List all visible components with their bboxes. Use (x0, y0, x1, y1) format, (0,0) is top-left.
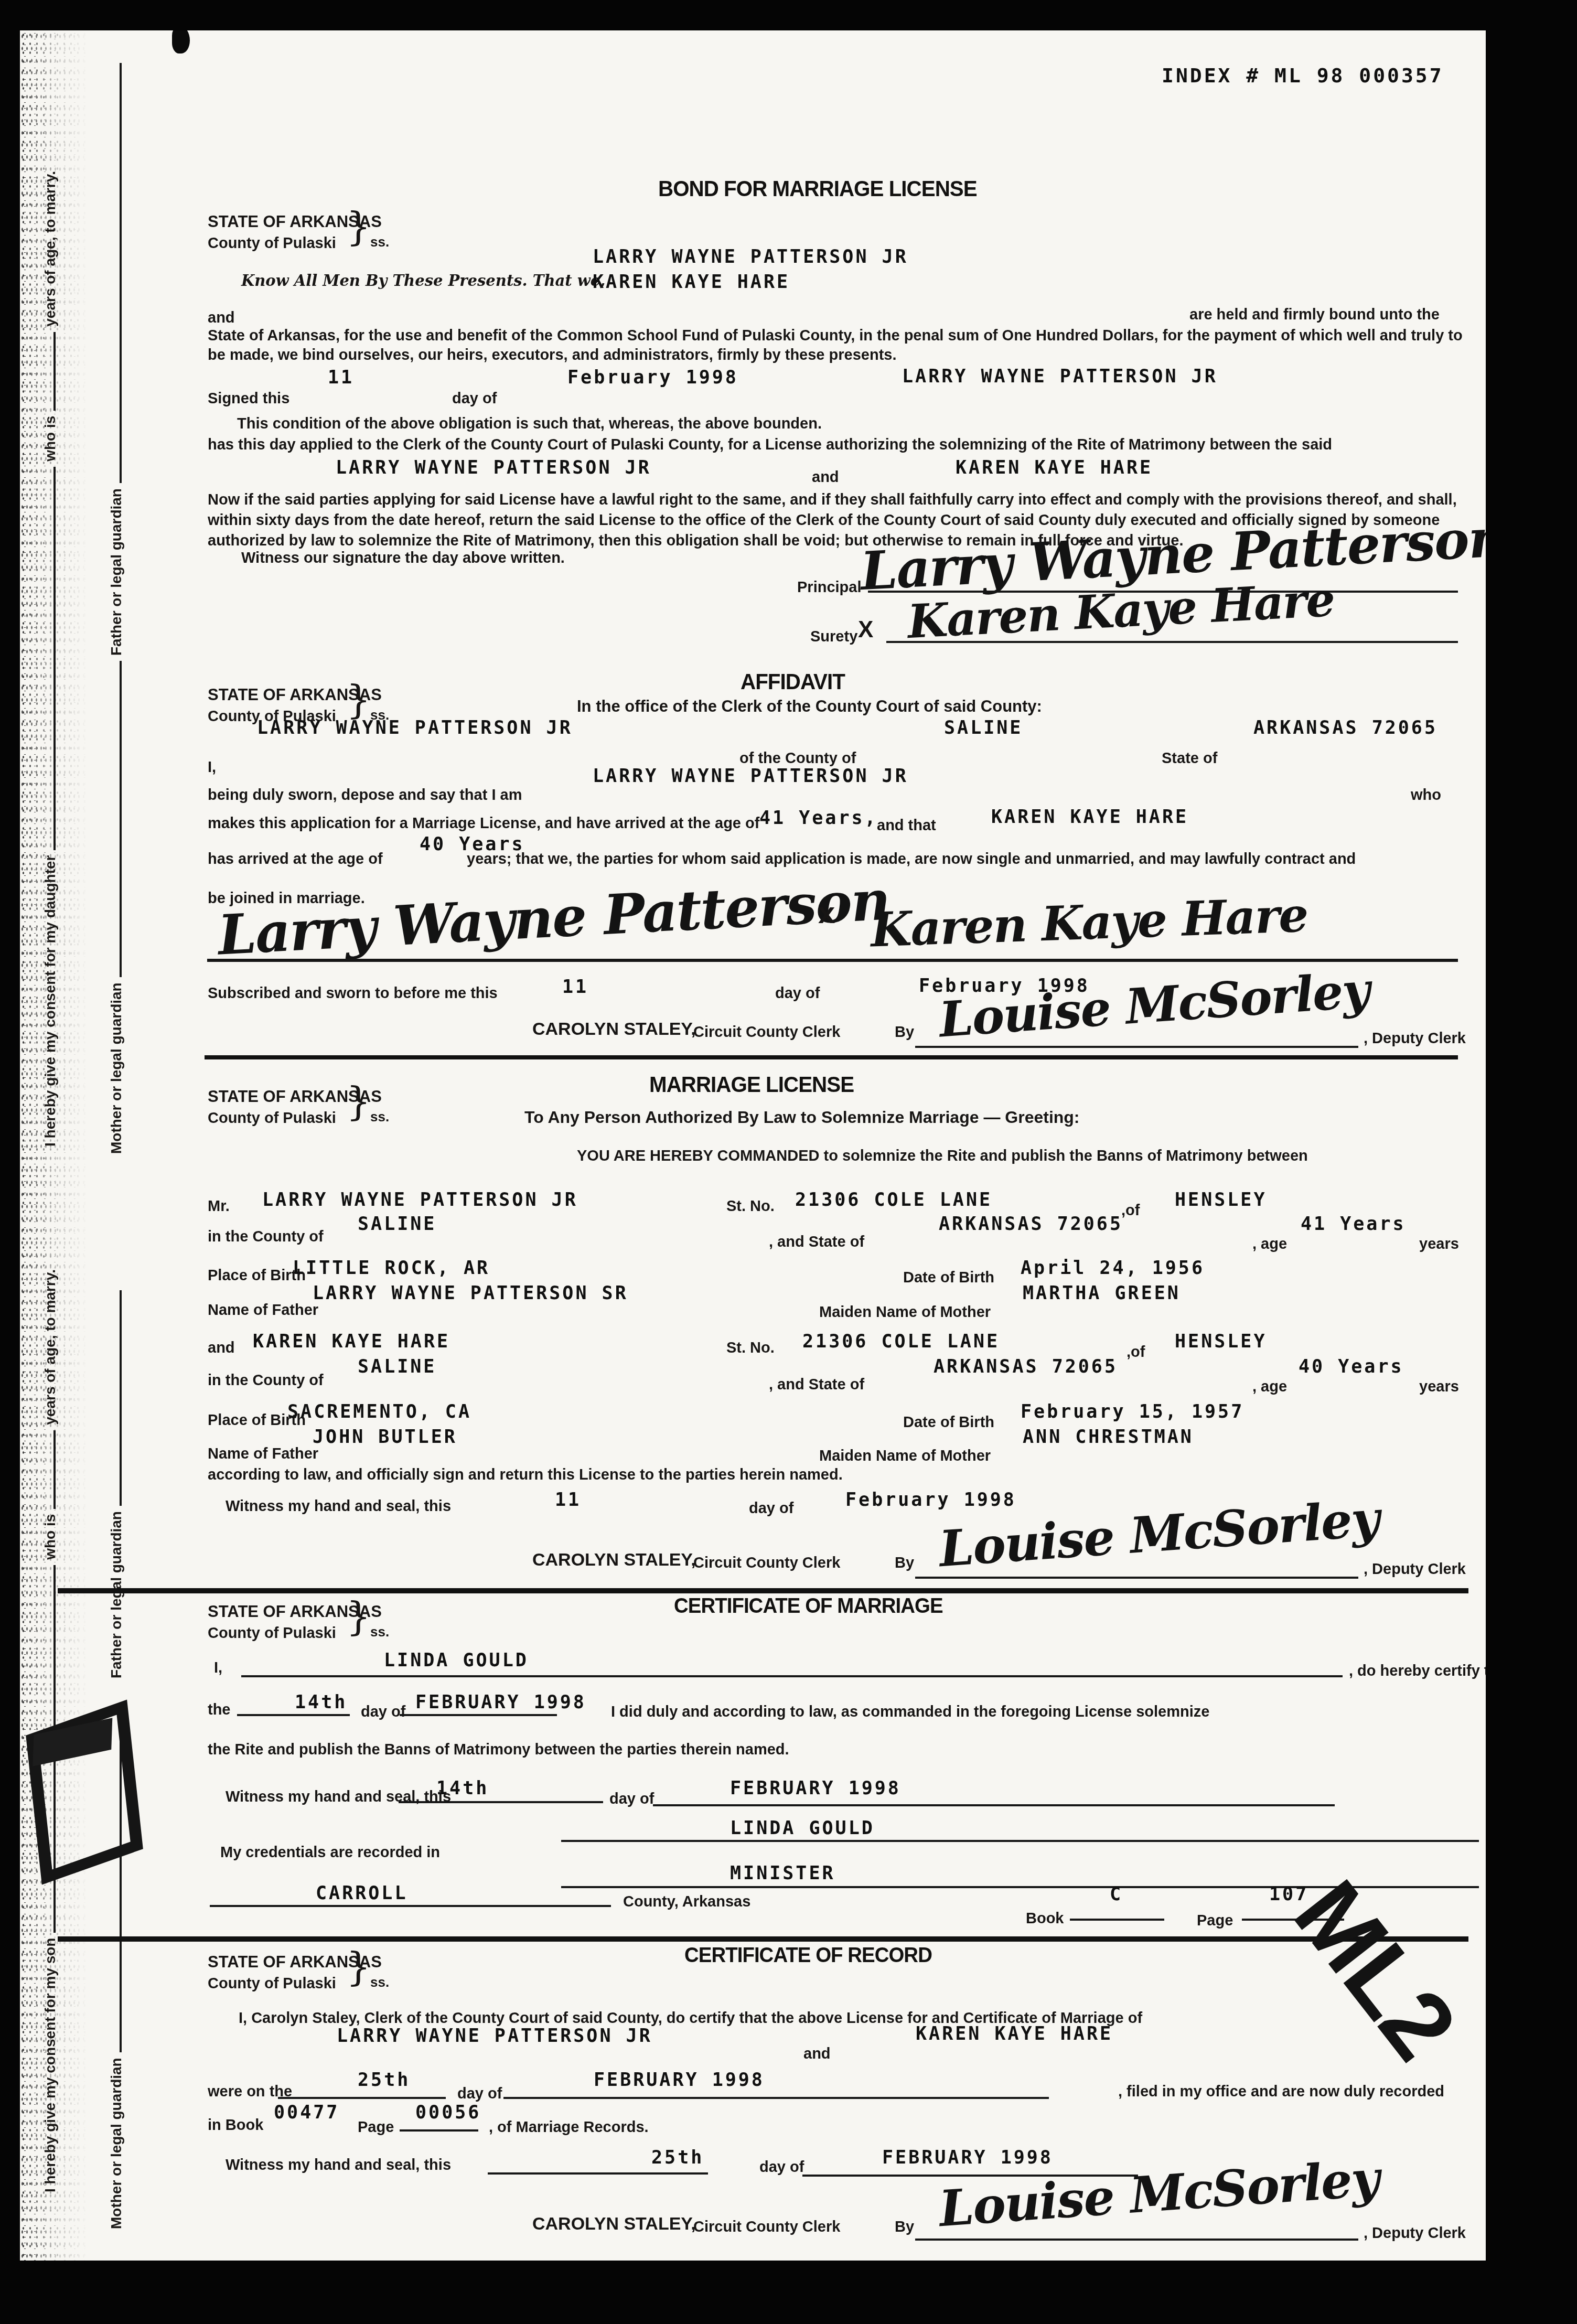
bond-month: February 1998 (567, 367, 738, 388)
consent-son-text: I hereby give my consent for my son (42, 1938, 59, 2192)
father-guardian-sig-line-2 (120, 1290, 122, 1506)
cert-record-witness: Witness my hand and seal, this (226, 2156, 451, 2175)
margin-mother-line-1: Mother or legal guardian (107, 656, 125, 1154)
cert-record-in-book: in Book (208, 2116, 263, 2135)
document-page: INDEX # ML 98 000357 I hereby give my co… (20, 30, 1486, 2261)
cert-record-day2: 25th (651, 2147, 704, 2168)
bride-stno-label: St. No. (726, 1338, 775, 1358)
affidavit-years-text: years; that we, the parties for whom sai… (467, 850, 1356, 869)
cert-record-and: and (803, 2044, 831, 2064)
consent-daughter-name-line (53, 467, 56, 850)
bride-age-label: , age (1252, 1377, 1287, 1397)
cert-record-bride: KAREN KAYE HARE (916, 2023, 1113, 2044)
bond-signer: LARRY WAYNE PATTERSON JR (902, 366, 1218, 387)
cert-marriage-county-ark: County, Arkansas (623, 1892, 750, 1912)
margin-father-line-1: Father or legal guardian (107, 58, 125, 656)
bride-pob: SACREMENTO, CA (287, 1401, 471, 1422)
groom-state: ARKANSAS 72065 (939, 1214, 1123, 1235)
cert-marriage-credentials: My credentials are recorded in (220, 1843, 440, 1862)
affidavit-deputy-signature: Louise McSorley (937, 961, 1371, 1048)
cert-record-day2-line (488, 2172, 708, 2175)
cert-marriage-officiant-line (241, 1675, 1343, 1677)
groom-stno: 21306 COLE LANE (795, 1190, 992, 1211)
affidavit-arrived: has arrived at the age of (208, 850, 383, 869)
bride-county: SALINE (358, 1356, 436, 1377)
cert-marriage-sig-title: MINISTER (730, 1863, 835, 1884)
cert-marriage-ss: ss. (370, 1624, 389, 1640)
groom-years-label: years (1419, 1235, 1459, 1254)
father-guardian-label-2: Father or legal guardian (108, 1511, 125, 1678)
groom-father-label: Name of Father (208, 1301, 318, 1320)
bride-city: HENSLEY (1175, 1331, 1267, 1352)
groom-age-label: , age (1252, 1235, 1287, 1254)
bride-name: KAREN KAYE HARE (253, 1331, 450, 1352)
cert-record-clerk-title: Circuit County Clerk (693, 2218, 840, 2237)
father-guardian-label: Father or legal guardian (108, 488, 125, 656)
license-greeting: To Any Person Authorized By Law to Solem… (524, 1108, 1080, 1127)
bond-bride-name: KAREN KAYE HARE (593, 272, 790, 293)
affidavit-deputy-label: , Deputy Clerk (1364, 1029, 1466, 1048)
groom-name: LARRY WAYNE PATTERSON JR (262, 1190, 578, 1211)
cert-record-by: By (895, 2218, 914, 2237)
bride-state-label: , and State of (769, 1375, 864, 1395)
cert-record-page-line (400, 2129, 478, 2132)
cert-marriage-book-label: Book (1026, 1909, 1064, 1929)
affidavit-day: 11 (562, 977, 588, 998)
cert-record-day-line (278, 2097, 446, 2099)
cert-marriage-officiant: LINDA GOULD (384, 1650, 529, 1671)
license-day: 11 (555, 1490, 581, 1511)
bride-county-label: in the County of (208, 1371, 324, 1390)
cert-marriage-month2-line (653, 1804, 1335, 1806)
groom-pob-label: Place of Birth (208, 1266, 306, 1286)
cert-marriage-sig-line (561, 1840, 1479, 1842)
bride-stno: 21306 COLE LANE (802, 1331, 1000, 1352)
cert-marriage-day-line (237, 1714, 350, 1716)
bond-signed-this: Signed this (208, 389, 289, 409)
affidavit-title: AFFIDAVIT (741, 669, 845, 694)
affidavit-who: who (1411, 786, 1441, 805)
license-witness: Witness my hand and seal, this (226, 1497, 451, 1516)
bond-brace: } (346, 208, 371, 247)
affidavit-name: LARRY WAYNE PATTERSON JR (257, 717, 573, 738)
license-clerk-title: Circuit County Clerk (693, 1554, 840, 1573)
bond-condition: This condition of the above obligation i… (237, 414, 822, 434)
affidavit-office-line: In the office of the Clerk of the County… (577, 697, 1042, 716)
scan-artifact-blob (172, 30, 190, 53)
bride-father-label: Name of Father (208, 1444, 318, 1464)
cert-record-filed: , filed in my office and are now duly re… (1118, 2082, 1444, 2102)
consent-son-age: years of age, to marry. (42, 1269, 59, 1425)
cert-record-page: 00056 (415, 2102, 481, 2123)
bride-dob-label: Date of Birth (903, 1413, 994, 1432)
cert-record-month: FEBRUARY 1998 (594, 2070, 765, 2091)
license-commanded: YOU ARE HEREBY COMMANDED to solemnize th… (577, 1147, 1308, 1166)
consent-son-age-line (53, 1430, 56, 1509)
cert-marriage-month: FEBRUARY 1998 (415, 1692, 586, 1713)
bond-applied: has this day applied to the Clerk of the… (208, 435, 1332, 455)
bond-and: and (208, 308, 235, 328)
cert-record-ss: ss. (370, 1974, 389, 1990)
mother-guardian-sig-line (120, 661, 122, 977)
affidavit-sworn: being duly sworn, depose and say that I … (208, 786, 522, 805)
affidavit-name2: LARRY WAYNE PATTERSON JR (593, 766, 908, 787)
groom-age: 41 Years (1301, 1214, 1406, 1235)
bride-years-label: years (1419, 1377, 1459, 1397)
bond-bride-name-2: KAREN KAYE HARE (956, 457, 1153, 478)
cert-marriage-page-label: Page (1197, 1911, 1233, 1931)
affidavit-i: I, (208, 758, 216, 777)
cert-record-day-of: day of (457, 2084, 502, 2104)
license-title: MARRIAGE LICENSE (649, 1072, 854, 1097)
cert-record-deputy-line (915, 2239, 1358, 2241)
affidavit-makes: makes this application for a Marriage Li… (208, 814, 759, 833)
affidavit-clerk-name: CAROLYN STALEY, (532, 1020, 696, 1039)
affidavit-brace: } (346, 681, 371, 720)
affidavit-bride-signature: Karen Kaye Hare (870, 887, 1308, 958)
bond-title: BOND FOR MARRIAGE LICENSE (658, 176, 977, 201)
groom-state-label: , and State of (769, 1233, 864, 1252)
affidavit-signature-line (207, 959, 1458, 962)
mother-guardian-label: Mother or legal guardian (108, 982, 125, 1154)
bond-and-mid: and (812, 468, 839, 487)
scanned-marriage-document: { "index_line": "INDEX # ML 98 000357", … (0, 0, 1577, 2324)
cert-record-book: 00477 (274, 2102, 339, 2123)
affidavit-x-mark: x (818, 903, 835, 923)
cert-marriage-cred-county: CARROLL (316, 1883, 408, 1904)
consent-daughter-whois: who is (42, 416, 59, 462)
groom-county-label: in the County of (208, 1227, 324, 1247)
cert-marriage-brace: } (346, 1598, 371, 1636)
bride-of: ,of (1127, 1343, 1145, 1362)
license-by: By (895, 1554, 914, 1573)
groom-of: ,of (1121, 1201, 1140, 1220)
cert-marriage-certify: , do hereby certify that on (1349, 1662, 1486, 1681)
license-brace: } (346, 1083, 371, 1121)
bond-surety-label: Surety (810, 627, 857, 647)
margin-consent-daughter: I hereby give my consent for my daughter… (41, 171, 59, 1147)
cert-marriage-day-of: day of (361, 1702, 405, 1722)
bond-ss: ss. (370, 234, 389, 250)
mother-guardian-label-2: Mother or legal guardian (108, 2058, 125, 2229)
cert-marriage-book-line (1070, 1919, 1164, 1921)
bond-groom-name: LARRY WAYNE PATTERSON JR (593, 247, 908, 267)
groom-mr: Mr. (208, 1197, 230, 1216)
cert-marriage-county: County of Pulaski (208, 1624, 336, 1643)
section-divider-3 (58, 1936, 1468, 1942)
section-divider-2 (58, 1588, 1468, 1593)
affidavit-partner: KAREN KAYE HARE (991, 807, 1188, 828)
bride-and: and (208, 1338, 235, 1358)
license-day-of: day of (749, 1499, 793, 1518)
groom-city: HENSLEY (1175, 1190, 1267, 1211)
cert-marriage-page: 107 (1269, 1884, 1308, 1905)
bond-day: 11 (328, 367, 354, 388)
cert-marriage-the: the (208, 1700, 231, 1720)
affidavit-and-that: and that (877, 816, 936, 836)
groom-pob: LITTLE ROCK, AR (293, 1258, 490, 1279)
affidavit-subscribed: Subscribed and sworn to before me this (208, 984, 498, 1003)
bond-body: State of Arkansas, for the use and benef… (208, 326, 1466, 365)
cert-record-groom: LARRY WAYNE PATTERSON JR (337, 2026, 652, 2047)
groom-stno-label: St. No. (726, 1197, 775, 1216)
bond-held: are held and firmly bound unto the (1189, 305, 1440, 325)
cert-record-clerk-name: CAROLYN STALEY, (532, 2214, 696, 2234)
license-ss: ss. (370, 1109, 389, 1125)
groom-county: SALINE (358, 1214, 436, 1235)
license-deputy-line (915, 1577, 1358, 1579)
affidavit-by: By (895, 1023, 914, 1042)
license-clerk-name: CAROLYN STALEY, (532, 1550, 696, 1570)
bond-county: County of Pulaski (208, 234, 336, 253)
groom-mother: MARTHA GREEN (1023, 1283, 1181, 1304)
groom-father: LARRY WAYNE PATTERSON SR (313, 1283, 628, 1304)
cert-marriage-cred-line (210, 1905, 611, 1907)
bond-day-of: day of (452, 389, 497, 409)
section-divider-1 (205, 1055, 1458, 1059)
affidavit-day-of: day of (775, 984, 820, 1003)
consent-daughter-text: I hereby give my consent for my daughter (42, 855, 59, 1147)
consent-daughter-age-line (53, 332, 56, 411)
cert-record-brace: } (346, 1948, 371, 1987)
affidavit-county-val: SALINE (944, 717, 1023, 738)
margin-father-line-2: Father or legal guardian (107, 1285, 125, 1678)
bond-groom-name-2: LARRY WAYNE PATTERSON JR (336, 457, 651, 478)
affidavit-groom-signature: Larry Wayne Patterson (217, 868, 891, 968)
license-according: according to law, and officially sign an… (208, 1465, 843, 1485)
bond-know-all: Know All Men By These Presents. That we, (241, 272, 605, 290)
affidavit-state-of: State of (1162, 749, 1217, 768)
cert-record-records: , of Marriage Records. (489, 2118, 649, 2137)
cert-marriage-title: CERTIFICATE OF MARRIAGE (674, 1594, 943, 1618)
cert-record-month2: FEBRUARY 1998 (882, 2147, 1053, 2168)
affidavit-state-zip: ARKANSAS 72065 (1253, 717, 1437, 738)
bride-mother-label: Maiden Name of Mother (819, 1447, 991, 1466)
groom-mother-label: Maiden Name of Mother (819, 1303, 991, 1322)
affidavit-age1: 41 Years, (759, 808, 878, 829)
cert-marriage-day: 14th (295, 1692, 347, 1713)
bond-surety-x: X (858, 620, 873, 639)
cert-marriage-month-line (400, 1714, 557, 1716)
cert-record-month-line (503, 2097, 1049, 2099)
cert-record-county: County of Pulaski (208, 1974, 336, 1994)
cert-marriage-day2: 14th (436, 1778, 489, 1799)
cert-marriage-witness: Witness my hand and seal, this (226, 1787, 451, 1807)
cert-marriage-rite: the Rite and publish the Banns of Matrim… (208, 1740, 789, 1760)
license-county: County of Pulaski (208, 1109, 336, 1128)
affidavit-clerk-title: Circuit County Clerk (693, 1023, 840, 1042)
cert-record-deputy-label: , Deputy Clerk (1364, 2224, 1466, 2243)
bride-father: JOHN BUTLER (313, 1427, 457, 1448)
cert-marriage-sig-name: LINDA GOULD (730, 1818, 875, 1839)
index-number: INDEX # ML 98 000357 (1162, 64, 1444, 87)
cert-marriage-i: I, (214, 1658, 222, 1678)
consent-son-whois: who is (42, 1514, 59, 1560)
cert-record-page-label: Page (358, 2118, 394, 2137)
groom-dob: April 24, 1956 (1021, 1258, 1205, 1279)
bride-dob: February 15, 1957 (1021, 1401, 1244, 1422)
cert-marriage-did: I did duly and according to law, as comm… (611, 1702, 1209, 1722)
license-deputy-label: , Deputy Clerk (1364, 1560, 1466, 1579)
bond-principal-label: Principal (797, 578, 862, 597)
cert-record-title: CERTIFICATE OF RECORD (684, 1944, 932, 1967)
cert-marriage-book: C (1110, 1884, 1123, 1905)
bride-age: 40 Years (1299, 1356, 1404, 1377)
bride-state: ARKANSAS 72065 (934, 1356, 1118, 1377)
affidavit-deputy-line (915, 1046, 1358, 1048)
cert-marriage-day2-line (399, 1801, 603, 1803)
bride-mother: ANN CHRESTMAN (1023, 1427, 1194, 1448)
license-month: February 1998 (845, 1490, 1016, 1511)
cert-marriage-day-of-2: day of (609, 1790, 654, 1809)
father-guardian-sig-line (120, 63, 122, 483)
groom-dob-label: Date of Birth (903, 1268, 994, 1288)
cert-marriage-month2: FEBRUARY 1998 (730, 1778, 901, 1799)
cert-record-day-of-2: day of (759, 2158, 804, 2177)
cert-record-day: 25th (358, 2070, 410, 2091)
consent-daughter-age: years of age, to marry. (42, 171, 59, 327)
bond-surety-line (886, 641, 1458, 643)
bond-witness: Witness our signature the day above writ… (241, 549, 565, 568)
